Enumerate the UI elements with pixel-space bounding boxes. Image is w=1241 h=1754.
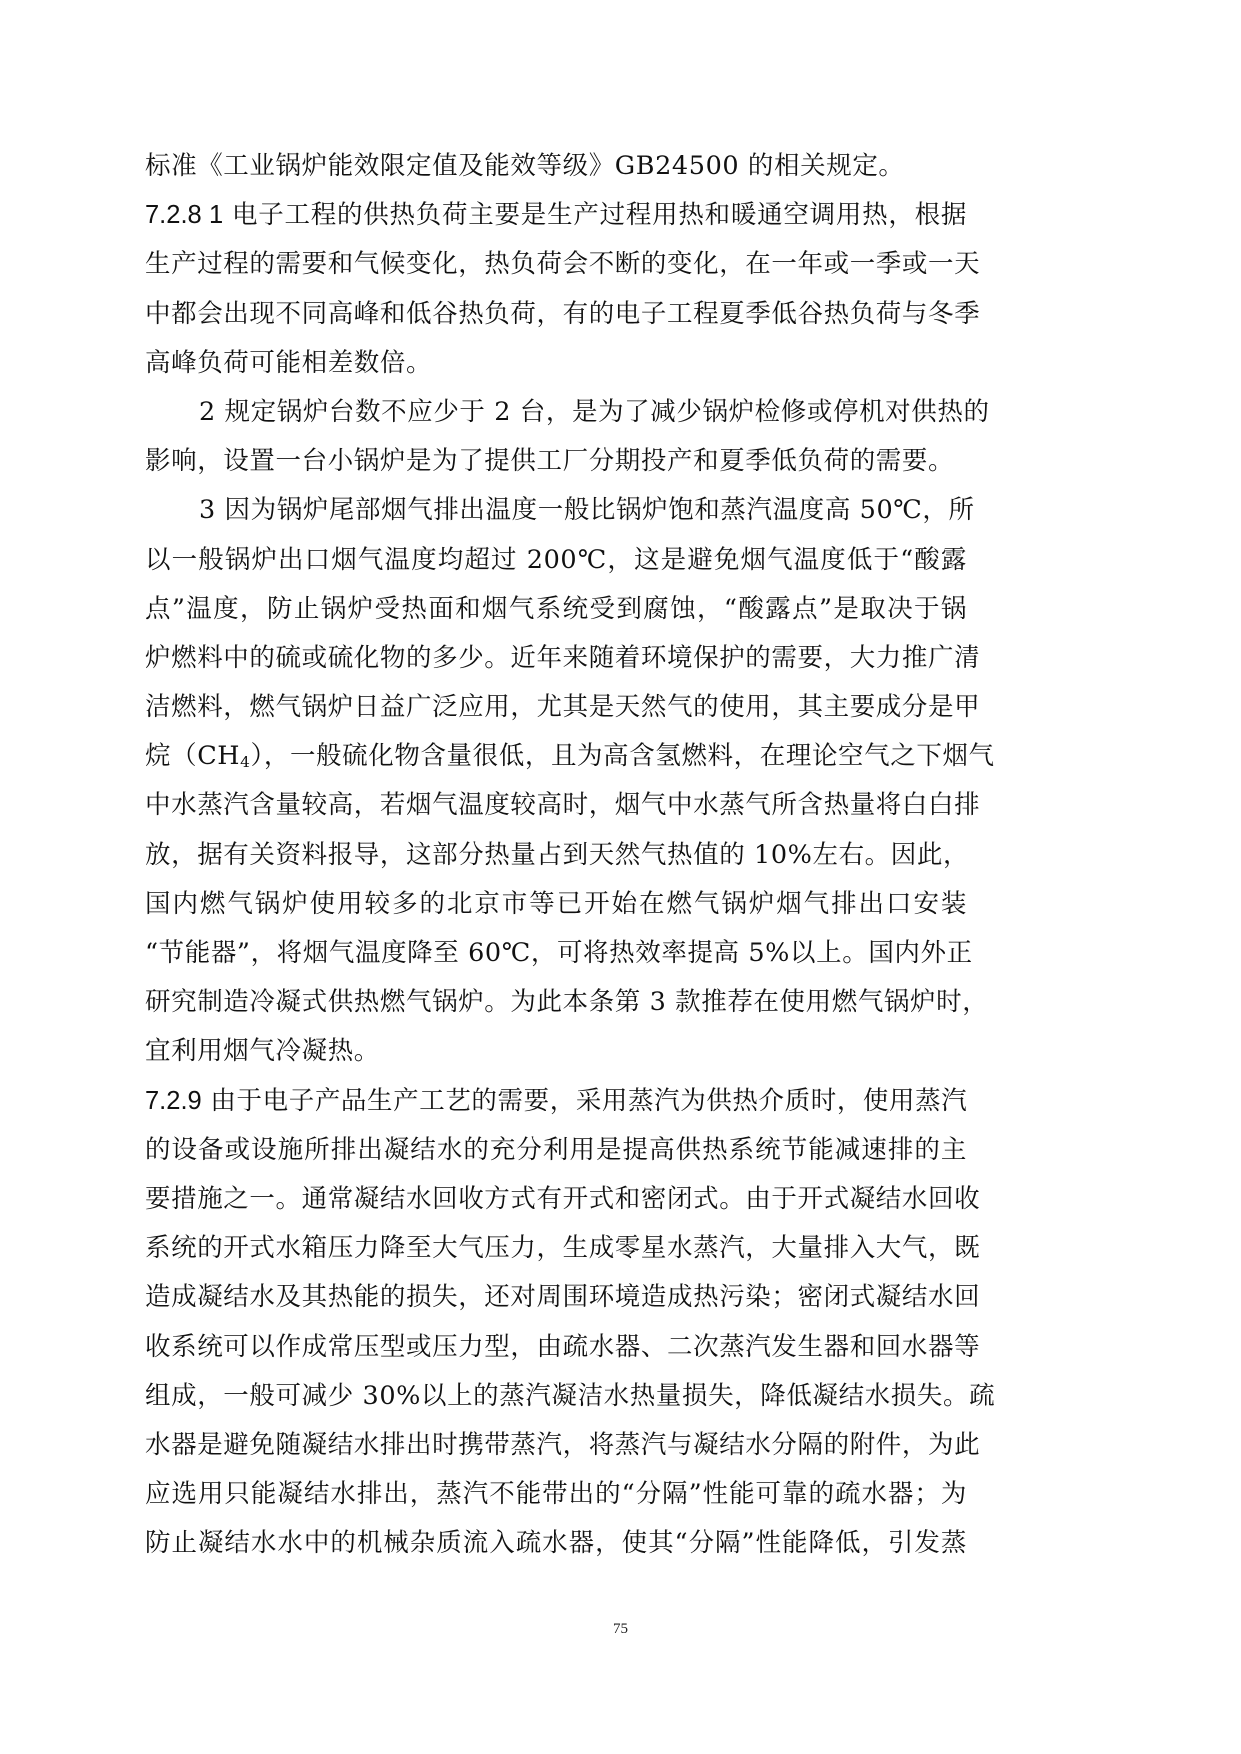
page-number: 75 — [0, 1621, 1241, 1638]
item-2-line: 2 规定锅炉台数不应少于 2 台，是为了减少锅炉检修或停机对供热的 — [145, 388, 967, 437]
text-line: 生产过程的需要和气候变化，热负荷会不断的变化，在一年或一季或一天 — [145, 240, 967, 289]
text-line: 防止凝结水水中的机械杂质流入疏水器，使其“分隔”性能降低，引发蒸 — [145, 1519, 967, 1568]
text-line: 研究制造冷凝式供热燃气锅炉。为此本条第 3 款推荐在使用燃气锅炉时， — [145, 978, 967, 1027]
text-line: 组成，一般可减少 30%以上的蒸汽凝洁水热量损失，降低凝结水损失。疏 — [145, 1372, 967, 1421]
text-line: 点”温度，防止锅炉受热面和烟气系统受到腐蚀，“酸露点”是取决于锅 — [145, 585, 967, 634]
text-line: 中都会出现不同高峰和低谷热负荷，有的电子工程夏季低谷热负荷与冬季 — [145, 290, 967, 339]
text-line: 要措施之一。通常凝结水回收方式有开式和密闭式。由于开式凝结水回收 — [145, 1175, 967, 1224]
text-line: 造成凝结水及其热能的损失，还对周围环境造成热污染；密闭式凝结水回 — [145, 1273, 967, 1322]
text-line: 收系统可以作成常压型或压力型，由疏水器、二次蒸汽发生器和回水器等 — [145, 1323, 967, 1372]
text-line: 宜利用烟气冷凝热。 — [145, 1027, 967, 1076]
text-line: 放，据有关资料报导，这部分热量占到天然气热值的 10%左右。因此， — [145, 831, 967, 880]
text-line-with-formula: 烷（CH4），一般硫化物含量很低，且为高含氢燃料，在理论空气之下烟气 — [145, 732, 967, 781]
clause-7-2-9-heading-line: 7.2.9 由于电子产品生产工艺的需要，采用蒸汽为供热介质时，使用蒸汽 — [145, 1077, 967, 1126]
text-line: 应选用只能凝结水排出，蒸汽不能带出的“分隔”性能可靠的疏水器；为 — [145, 1470, 967, 1519]
text-line: 以一般锅炉出口烟气温度均超过 200℃，这是避免烟气温度低于“酸露 — [145, 536, 967, 585]
text-line: 标准《工业锅炉能效限定值及能效等级》GB24500 的相关规定。 — [145, 142, 967, 191]
text-line: “节能器”，将烟气温度降至 60℃，可将热效率提高 5%以上。国内外正 — [145, 929, 967, 978]
text-line: 中水蒸汽含量较高，若烟气温度较高时，烟气中水蒸气所含热量将白白排 — [145, 781, 967, 830]
text-line: 洁燃料，燃气锅炉日益广泛应用，尤其是天然气的使用，其主要成分是甲 — [145, 683, 967, 732]
clause-number: 7.2.9 — [145, 1087, 202, 1115]
text-line: 炉燃料中的硫或硫化物的多少。近年来随着环境保护的需要，大力推广清 — [145, 634, 967, 683]
text-line: 的设备或设施所排出凝结水的充分利用是提高供热系统节能减速排的主 — [145, 1126, 967, 1175]
text-line: 高峰负荷可能相差数倍。 — [145, 339, 967, 388]
text-line: 国内燃气锅炉使用较多的北京市等已开始在燃气锅炉烟气排出口安装 — [145, 880, 967, 929]
clause-number: 7.2.8 1 — [145, 201, 223, 229]
document-page: 标准《工业锅炉能效限定值及能效等级》GB24500 的相关规定。 7.2.8 1… — [0, 0, 1241, 1754]
subscript: 4 — [240, 753, 250, 771]
clause-7-2-8-heading-line: 7.2.8 1 电子工程的供热负荷主要是生产过程用热和暖通空调用热，根据 — [145, 191, 967, 240]
item-3-line: 3 因为锅炉尾部烟气排出温度一般比锅炉饱和蒸汽温度高 50℃，所 — [145, 486, 967, 535]
text-line: 影响，设置一台小锅炉是为了提供工厂分期投产和夏季低负荷的需要。 — [145, 437, 967, 486]
text-line: 水器是避免随凝结水排出时携带蒸汽，将蒸汽与凝结水分隔的附件，为此 — [145, 1421, 967, 1470]
text-line: 系统的开式水箱压力降至大气压力，生成零星水蒸汽，大量排入大气，既 — [145, 1224, 967, 1273]
body-text: 标准《工业锅炉能效限定值及能效等级》GB24500 的相关规定。 7.2.8 1… — [145, 142, 967, 1568]
